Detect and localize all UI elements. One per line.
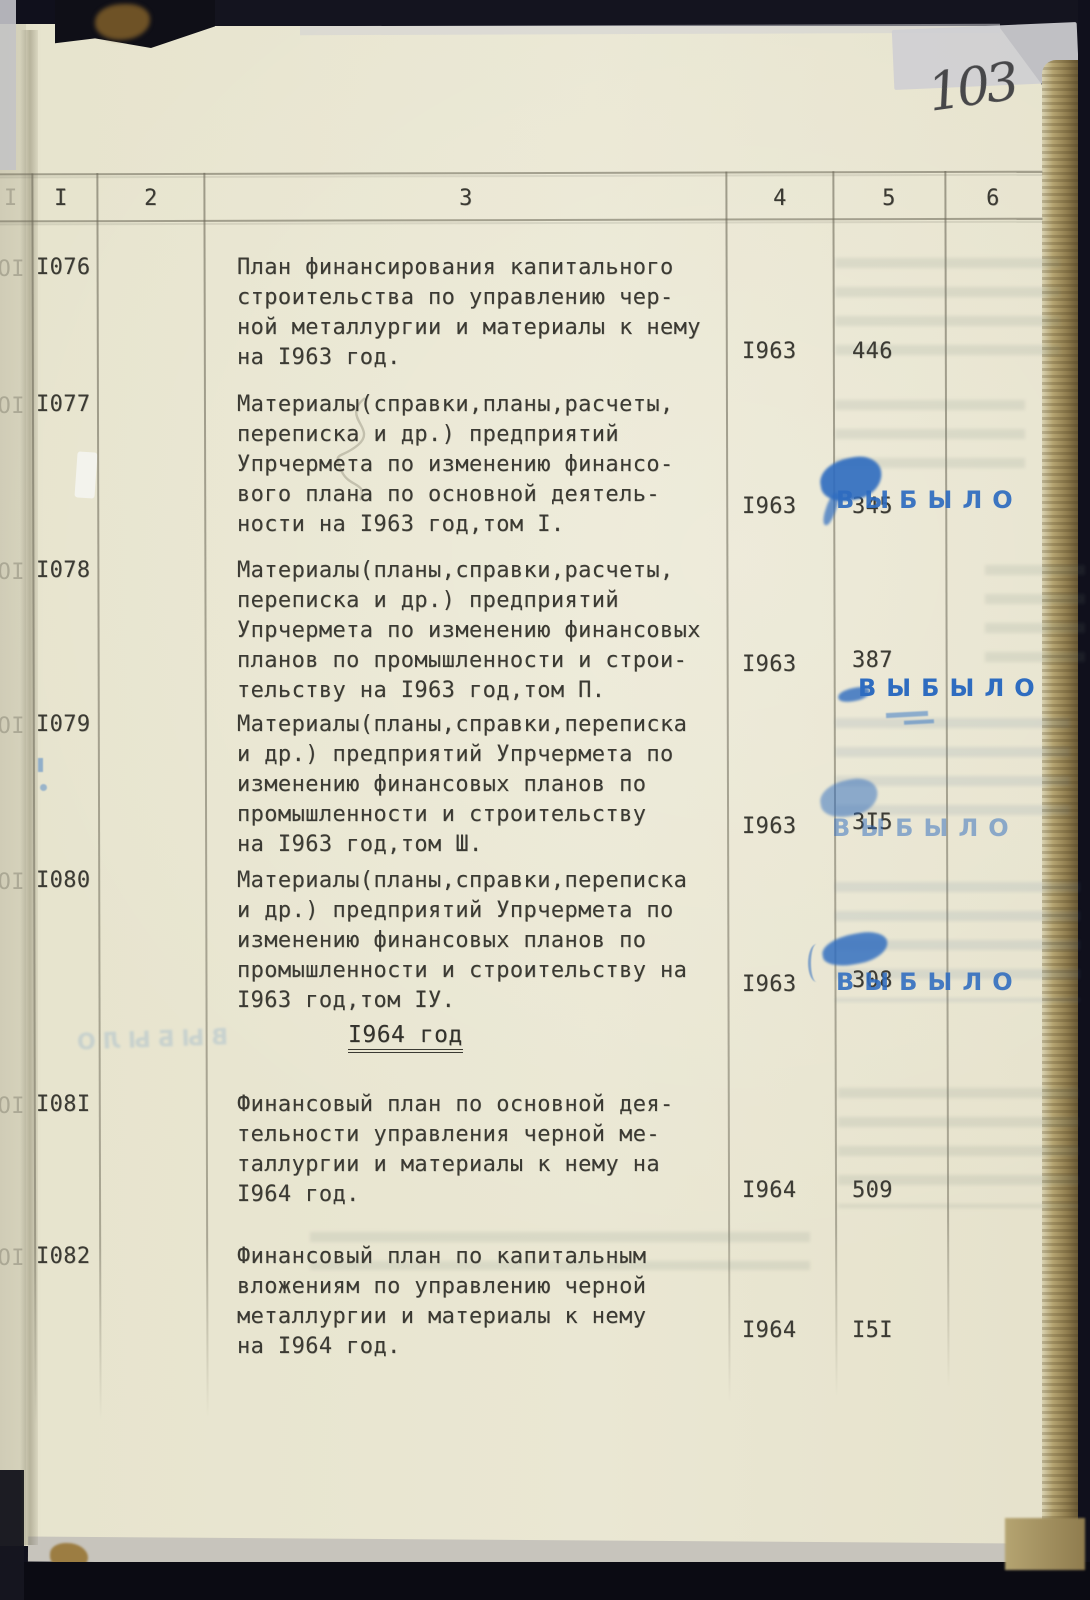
ink-dash	[886, 711, 928, 718]
margin-ghost: ТОІ	[0, 255, 25, 285]
entry-year: I963	[742, 492, 797, 522]
margin-ghost: ЗОІ	[0, 868, 25, 898]
entry-year: I963	[742, 650, 797, 680]
entry-year: I964	[742, 1316, 797, 1346]
entry-pages: I5I	[852, 1316, 893, 1346]
entry-description: Материалы(планы,справки,переписка и др.)…	[237, 866, 742, 1016]
entry-pages: 446	[852, 337, 893, 367]
entry-year: I964	[742, 1176, 797, 1206]
margin-ghost: ТОІ	[0, 558, 25, 588]
entry-description: Материалы(планы,справки,переписка и др.)…	[237, 710, 742, 860]
entry-number: I080	[36, 866, 91, 896]
entry-number: I082	[36, 1242, 91, 1272]
entry-description: Материалы(справки,планы,расчеты, перепис…	[237, 390, 742, 540]
vybylo-stamp: ВЫБЫЛО	[836, 968, 1023, 996]
entry-pages: 509	[852, 1176, 893, 1206]
ink-blot	[820, 928, 890, 969]
ink-arc	[808, 944, 825, 982]
ink-dash	[904, 719, 934, 725]
entry-number: I076	[36, 253, 91, 283]
vybylo-stamp: ВЫБЫЛО	[858, 674, 1045, 702]
table-entries: I076План финансирования капитального стр…	[0, 0, 1090, 1600]
entry-description: План финансирования капитального строите…	[237, 253, 742, 373]
entry-year: I963	[742, 812, 797, 842]
entry-number: I079	[36, 710, 91, 740]
entry-number: I077	[36, 390, 91, 420]
margin-ghost: ТОІ	[0, 392, 25, 422]
margin-ghost: ТОІ	[0, 712, 25, 742]
entry-description: Финансовый план по капитальным вложениям…	[237, 1242, 742, 1362]
margin-ghost: ЗОІ	[0, 1092, 25, 1122]
blue-speck	[40, 784, 47, 791]
scanned-archive-page: 103 I964 год ВЫБЫЛО I23456I I076План фин…	[0, 0, 1090, 1600]
entry-description: Материалы(планы,справки,расчеты, перепис…	[237, 556, 742, 706]
entry-year: I963	[742, 337, 797, 367]
entry-number: I08I	[36, 1090, 91, 1120]
vybylo-stamp: ВЫБЫЛО	[832, 814, 1019, 842]
margin-ghost: ЗОІ	[0, 1244, 25, 1274]
entry-year: I963	[742, 970, 797, 1000]
entry-number: I078	[36, 556, 91, 586]
entry-pages: 387	[852, 646, 893, 676]
blue-speck	[38, 758, 43, 772]
entry-description: Финансовый план по основной дея- тельнос…	[237, 1090, 742, 1210]
